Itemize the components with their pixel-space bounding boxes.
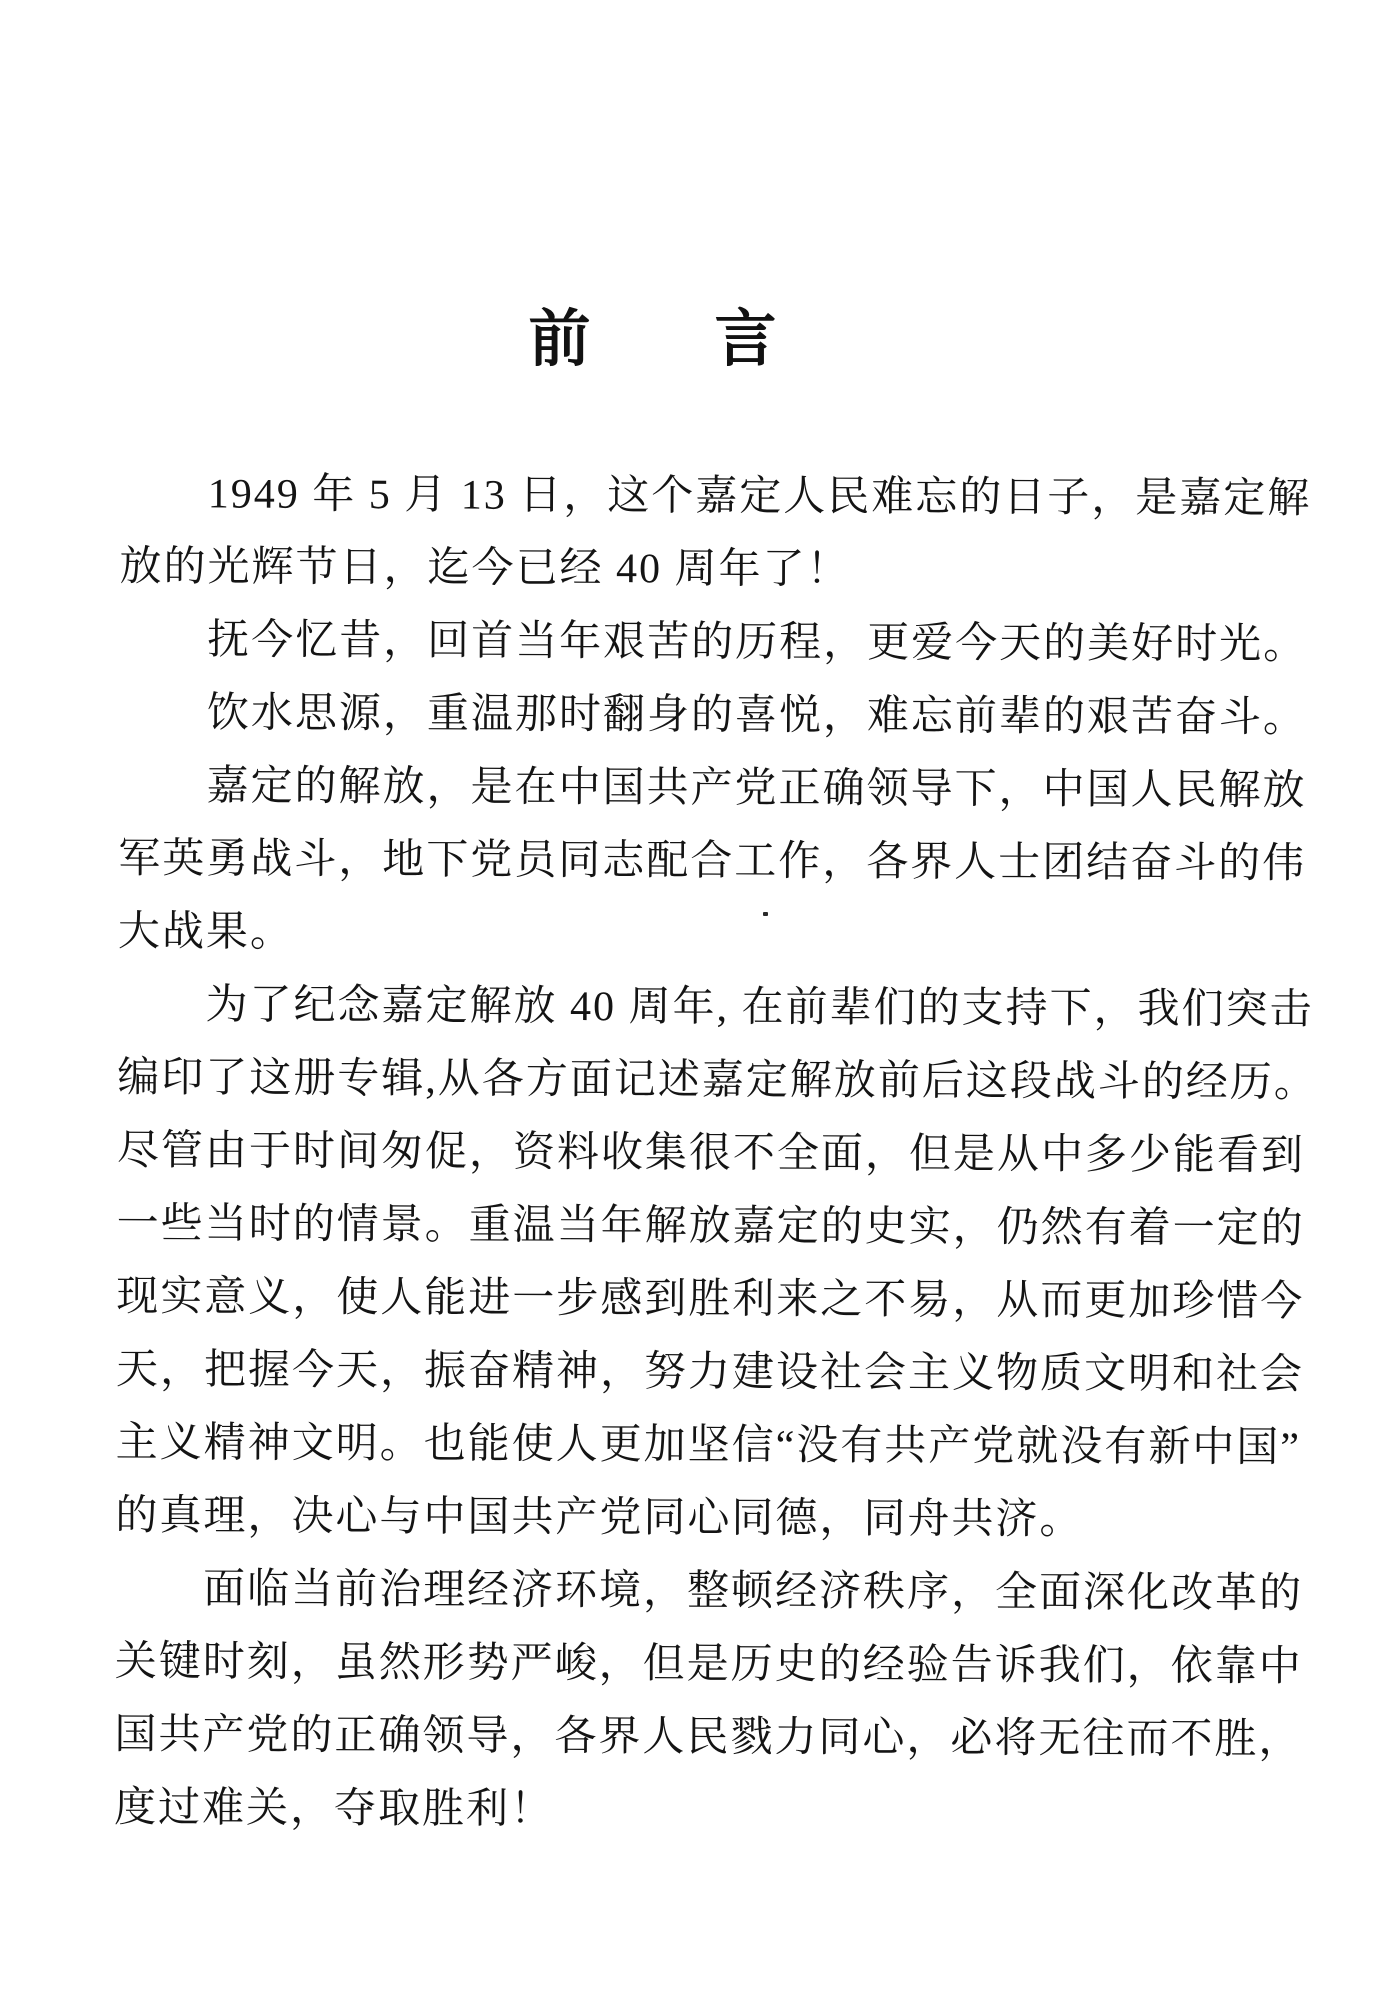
text-line: 天，把握今天，振奋精神，努力建设社会主义物质文明和社会 xyxy=(116,1334,1296,1412)
text-line: 尽管由于时间匆促，资料收集很不全面，但是从中多少能看到 xyxy=(117,1115,1297,1193)
text-line: 关键时刻，虽然形势严峻，但是历史的经验告诉我们，依靠中 xyxy=(115,1626,1295,1704)
scanned-document-page: 前 言 1949 年 5 月 13 日，这个嘉定人民难忘的日子，是嘉定解 放的光… xyxy=(0,0,1393,1992)
text-line: 为了纪念嘉定解放 40 周年, 在前辈们的支持下，我们突击 xyxy=(117,969,1297,1047)
scan-speck-dot xyxy=(763,912,768,916)
document-body: 1949 年 5 月 13 日，这个嘉定人民难忘的日子，是嘉定解 放的光辉节日，… xyxy=(114,458,1300,1850)
text-line: 编印了这册专辑,从各方面记述嘉定解放前后这段战斗的经历。 xyxy=(117,1042,1297,1120)
text-line: 1949 年 5 月 13 日，这个嘉定人民难忘的日子，是嘉定解 xyxy=(120,458,1300,536)
text-line: 抚今忆昔，回首当年艰苦的历程，更爱今天的美好时光。 xyxy=(119,604,1299,682)
text-line: 现实意义，使人能进一步感到胜利来之不易，从而更加珍惜今 xyxy=(116,1261,1296,1339)
page-title: 前 言 xyxy=(0,300,1349,380)
text-line: 主义精神文明。也能使人更加坚信“没有共产党就没有新中国” xyxy=(116,1407,1296,1485)
text-line: 嘉定的解放，是在中国共产党正确领导下，中国人民解放 xyxy=(118,750,1298,828)
text-line: 的真理，决心与中国共产党同心同德，同舟共济。 xyxy=(115,1480,1295,1558)
text-line: 大战果。 xyxy=(118,896,1298,974)
text-line: 一些当时的情景。重温当年解放嘉定的史实，仍然有着一定的 xyxy=(116,1188,1296,1266)
text-line: 军英勇战斗，地下党员同志配合工作，各界人士团结奋斗的伟 xyxy=(118,823,1298,901)
text-line: 饮水思源，重温那时翻身的喜悦，难忘前辈的艰苦奋斗。 xyxy=(119,677,1299,755)
text-line: 面临当前治理经济环境，整顿经济秩序，全面深化改革的 xyxy=(115,1553,1295,1631)
text-line: 国共产党的正确领导，各界人民戮力同心，必将无往而不胜， xyxy=(114,1699,1294,1777)
text-line: 度过难关，夺取胜利！ xyxy=(114,1772,1294,1850)
text-line: 放的光辉节日，迄今已经 40 周年了！ xyxy=(119,531,1299,609)
